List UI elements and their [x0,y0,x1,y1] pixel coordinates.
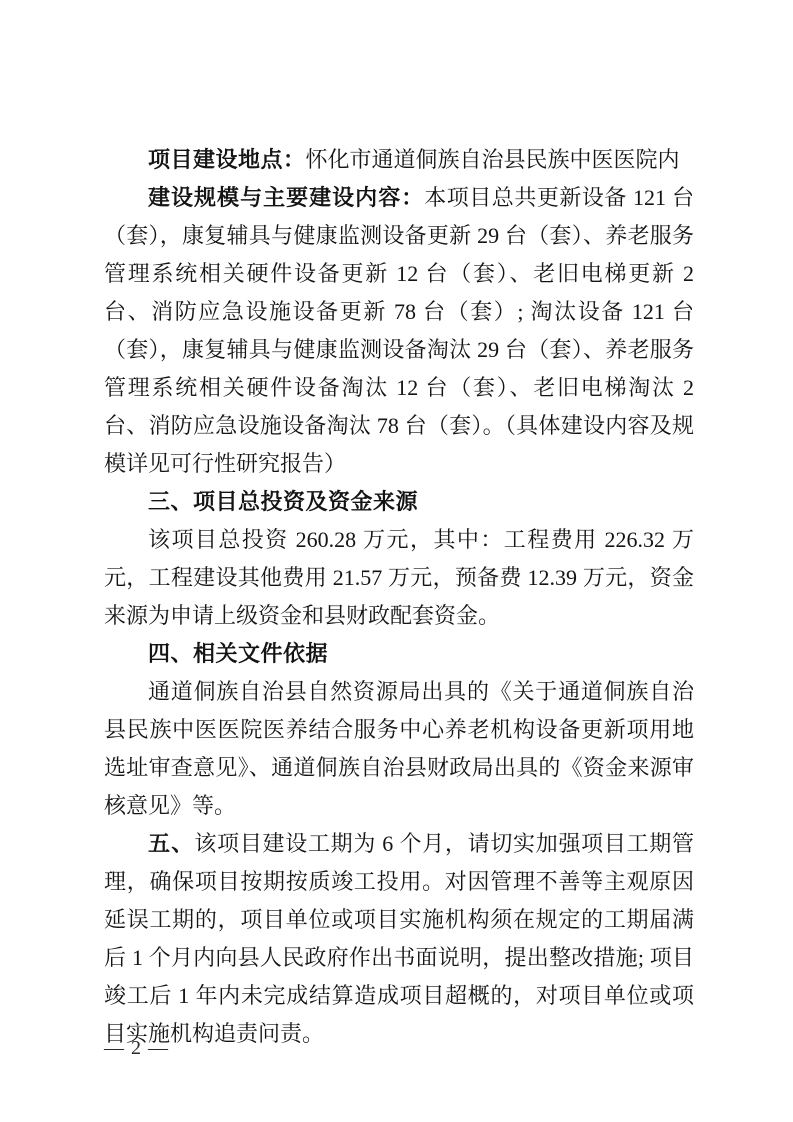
paragraph-document-basis: 通道侗族自治县自然资源局出具的《关于通道侗族自治县民族中医医院医养结合服务中心养… [104,673,694,825]
construction-scale-value: 本项目总共更新设备 121 台（套），康复辅具与健康监测设备更新 29 台（套）… [104,185,694,476]
heading-section-three-investment: 三、项目总投资及资金来源 [104,483,694,521]
document-page: 项目建设地点：怀化市通道侗族自治县民族中医医院内 建设规模与主要建设内容：本项目… [0,0,793,1122]
construction-scale-label: 建设规模与主要建设内容： [148,185,424,210]
document-body: 项目建设地点：怀化市通道侗族自治县民族中医医院内 建设规模与主要建设内容：本项目… [104,141,694,1053]
construction-period-value: 该项目建设工期为 6 个月，请切实加强项目工期管理，确保项目按期按质竣工投用。对… [104,831,694,1046]
paragraph-project-location: 项目建设地点：怀化市通道侗族自治县民族中医医院内 [104,141,694,179]
project-location-value: 怀化市通道侗族自治县民族中医医院内 [306,147,680,172]
section-five-label: 五、 [148,831,194,856]
project-location-label: 项目建设地点： [148,147,306,172]
paragraph-construction-period: 五、该项目建设工期为 6 个月，请切实加强项目工期管理，确保项目按期按质竣工投用… [104,825,694,1053]
page-number: — 2 — [104,1036,169,1060]
heading-section-four-documents: 四、相关文件依据 [104,635,694,673]
paragraph-construction-scale: 建设规模与主要建设内容：本项目总共更新设备 121 台（套），康复辅具与健康监测… [104,179,694,483]
paragraph-investment-details: 该项目总投资 260.28 万元，其中：工程费用 226.32 万元，工程建设其… [104,521,694,635]
